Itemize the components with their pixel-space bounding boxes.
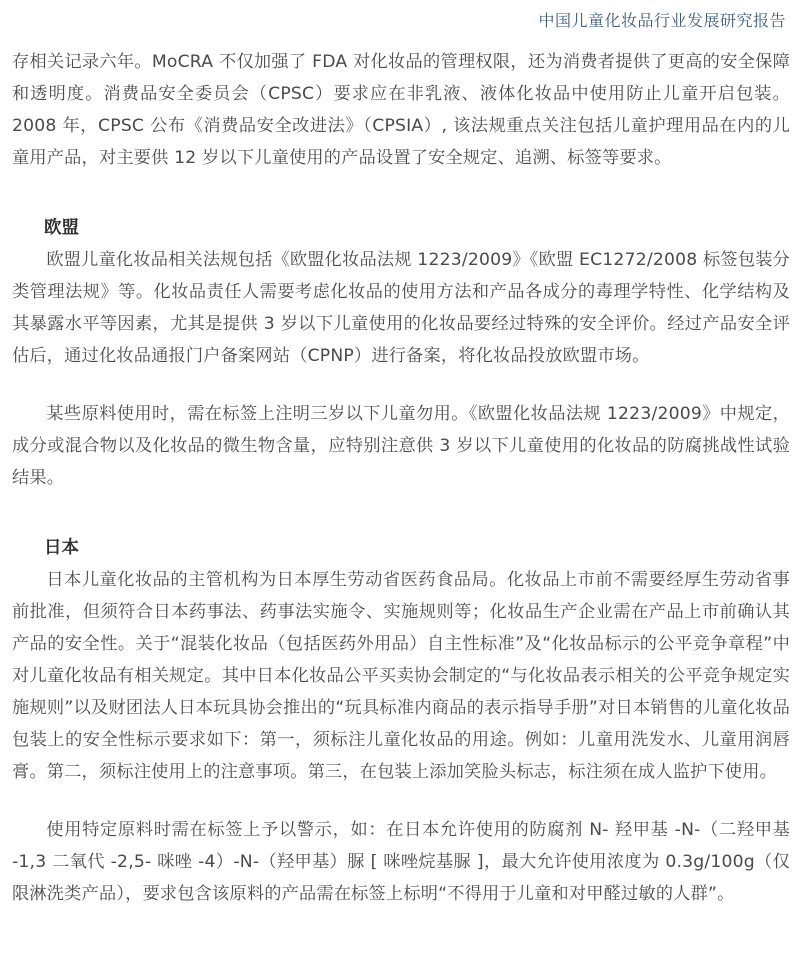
us-regulation-paragraph: 存相关记录六年。MoCRA 不仅加强了 FDA 对化妆品的管理权限，还为消费者提… — [12, 46, 790, 174]
japan-section-heading: 日本 — [12, 532, 790, 564]
japan-paragraph-2: 使用特定原料时需在标签上予以警示，如：在日本允许使用的防腐剂 N- 羟甲基 -N… — [12, 814, 790, 910]
report-header-title: 中国儿童化妆品行业发展研究报告 — [538, 8, 786, 31]
section-spacer — [12, 174, 790, 212]
eu-paragraph-2: 某些原料使用时，需在标签上注明三岁以下儿童勿用。《欧盟化妆品法规 1223/20… — [12, 398, 790, 494]
eu-section-heading: 欧盟 — [12, 212, 790, 244]
section-spacer — [12, 494, 790, 532]
document-body: 存相关记录六年。MoCRA 不仅加强了 FDA 对化妆品的管理权限，还为消费者提… — [12, 46, 790, 910]
paragraph-spacer — [12, 788, 790, 814]
eu-paragraph-1: 欧盟儿童化妆品相关法规包括《欧盟化妆品法规 1223/2009》《欧盟 EC12… — [12, 244, 790, 372]
japan-paragraph-1: 日本儿童化妆品的主管机构为日本厚生劳动省医药食品局。化妆品上市前不需要经厚生劳动… — [12, 564, 790, 788]
paragraph-spacer — [12, 372, 790, 398]
